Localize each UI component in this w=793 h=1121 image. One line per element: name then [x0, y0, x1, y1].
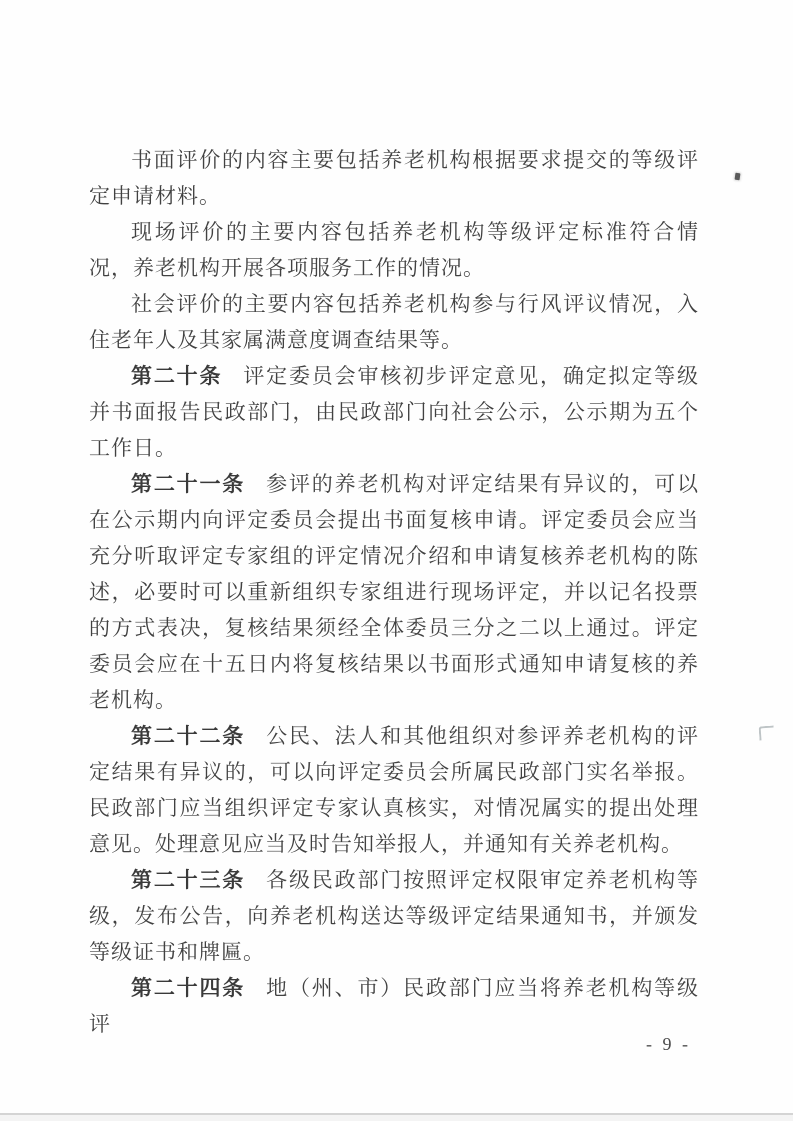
paragraph: 第二十三条各级民政部门按照评定权限审定养老机构等级，发布公告，向养老机构送达等级… [89, 862, 699, 970]
paragraph: 第二十二条公民、法人和其他组织对参评养老机构的评定结果有异议的，可以向评定委员会… [89, 718, 699, 862]
paragraph: 第二十一条参评的养老机构对评定结果有异议的，可以在公示期内向评定委员会提出书面复… [89, 466, 699, 718]
scan-corner-mark-artifact [759, 725, 775, 740]
paragraph: 第二十条评定委员会审核初步评定意见，确定拟定等级并书面报告民政部门，由民政部门向… [89, 358, 699, 466]
article-number: 第二十条 [131, 364, 222, 388]
paragraph-text: 现场评价的主要内容包括养老机构等级评定标准符合情况，养老机构开展各项服务工作的情… [89, 220, 699, 280]
paragraph: 现场评价的主要内容包括养老机构等级评定标准符合情况，养老机构开展各项服务工作的情… [89, 214, 699, 286]
paper-bottom-edge-shadow [0, 1115, 793, 1121]
paragraph-text: 社会评价的主要内容包括养老机构参与行风评议情况，入住老年人及其家属满意度调查结果… [89, 292, 699, 352]
article-number: 第二十三条 [131, 868, 245, 892]
paragraph-text: 书面评价的内容主要包括养老机构根据要求提交的等级评定申请材料。 [89, 148, 699, 208]
paragraph: 社会评价的主要内容包括养老机构参与行风评议情况，入住老年人及其家属满意度调查结果… [89, 286, 699, 358]
scan-speck-artifact [735, 173, 741, 181]
document-body: 书面评价的内容主要包括养老机构根据要求提交的等级评定申请材料。 现场评价的主要内… [89, 142, 699, 1042]
paragraph: 第二十四条地（州、市）民政部门应当将养老机构等级评 [89, 970, 699, 1042]
article-number: 第二十四条 [131, 976, 245, 1000]
paragraph-text: 参评的养老机构对评定结果有异议的，可以在公示期内向评定委员会提出书面复核申请。评… [89, 472, 699, 712]
paragraph: 书面评价的内容主要包括养老机构根据要求提交的等级评定申请材料。 [89, 142, 699, 214]
scanned-document-page: 书面评价的内容主要包括养老机构根据要求提交的等级评定申请材料。 现场评价的主要内… [0, 0, 793, 1121]
article-number: 第二十一条 [131, 472, 245, 496]
article-number: 第二十二条 [131, 724, 245, 748]
page-number: - 9 - [646, 1033, 706, 1055]
